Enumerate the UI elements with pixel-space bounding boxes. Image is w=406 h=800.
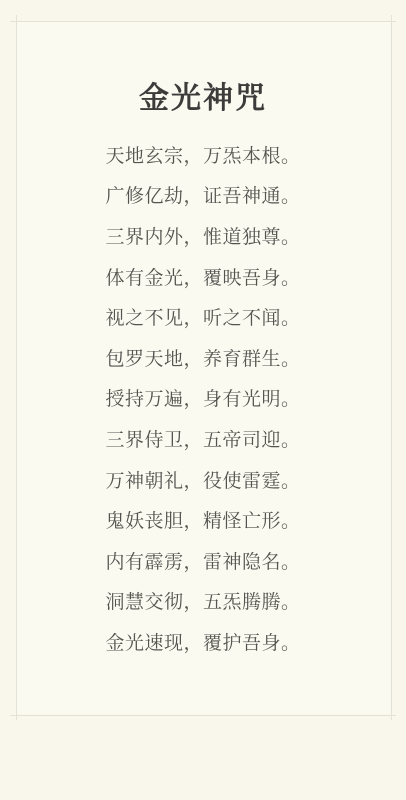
- verse-line: 体有金光，覆映吾身。: [0, 256, 406, 297]
- verse-line: 视之不见，听之不闻。: [0, 296, 406, 337]
- verse-line: 天地玄宗，万炁本根。: [0, 134, 406, 175]
- verse-line: 鬼妖丧胆，精怪亡形。: [0, 499, 406, 540]
- verse-line: 三界内外，惟道独尊。: [0, 215, 406, 256]
- verse-line: 万神朝礼，役使雷霆。: [0, 459, 406, 500]
- verse-line: 内有霹雳，雷神隐名。: [0, 540, 406, 581]
- verse-line: 三界侍卫，五帝司迎。: [0, 418, 406, 459]
- verse-line: 包罗天地，养育群生。: [0, 337, 406, 378]
- mantra-card-page: 金光神咒 天地玄宗，万炁本根。广修亿劫，证吾神通。三界内外，惟道独尊。体有金光，…: [0, 0, 406, 800]
- verse-line: 金光速现，覆护吾身。: [0, 621, 406, 662]
- verse-list: 天地玄宗，万炁本根。广修亿劫，证吾神通。三界内外，惟道独尊。体有金光，覆映吾身。…: [0, 134, 406, 662]
- verse-line: 授持万遍，身有光明。: [0, 378, 406, 419]
- verse-line: 广修亿劫，证吾神通。: [0, 175, 406, 216]
- verse-line: 洞慧交彻，五炁腾腾。: [0, 581, 406, 622]
- page-title: 金光神咒: [0, 83, 406, 115]
